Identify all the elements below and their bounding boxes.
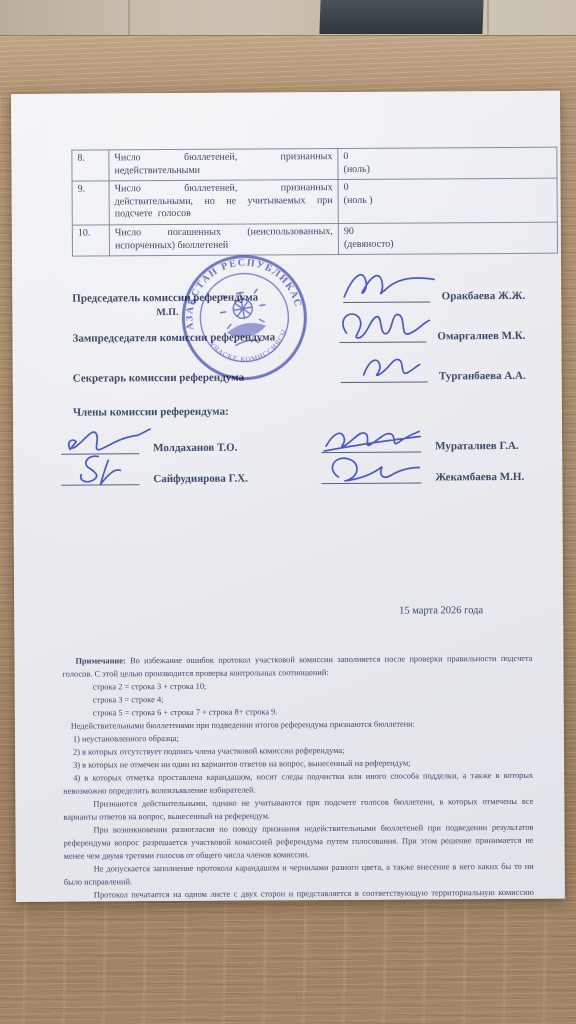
row-value-cell: 0 (ноль) bbox=[338, 147, 557, 180]
row-number-cell: 10. bbox=[72, 225, 109, 256]
note-intro: Примечание: Во избежание ошибок протокол… bbox=[62, 652, 532, 681]
member-name: Сайфудиярова Г.Х. bbox=[153, 473, 248, 486]
note-paragraph: Признаются действительными, однако не уч… bbox=[63, 795, 533, 824]
table-row: 9. Число бюллетеней, признанных действит… bbox=[72, 178, 557, 225]
members-heading: Члены комиссии референдума: bbox=[73, 404, 526, 419]
signature-line bbox=[321, 461, 421, 485]
official-name: Турганбаева А.А. bbox=[439, 370, 526, 383]
signature-icon bbox=[335, 267, 441, 308]
member-item: Сайфудиярова Г.Х. bbox=[73, 462, 325, 486]
role-label: Зампредседателя комиссии референдума bbox=[72, 331, 339, 345]
official-row-secretary: Секретарь комиссии референдума Турганбае… bbox=[73, 364, 526, 385]
officials-section: ҚАЗАҚСТАН РЕСПУБЛИКАСЫ УЧАСКЕ КОМИССИЯСЫ bbox=[72, 284, 526, 385]
note-label: Примечание: bbox=[75, 656, 125, 665]
stamp-place-label: М.П. bbox=[156, 307, 178, 318]
results-table: 8. Число бюллетеней, признанных недейств… bbox=[71, 147, 558, 257]
document-content: 8. Число бюллетеней, признанных недейств… bbox=[11, 91, 565, 902]
note-paragraph: При возникновении разногласия по поводу … bbox=[63, 821, 533, 863]
official-row-deputy: Зампредседателя комиссии референдума Ома… bbox=[72, 324, 525, 345]
note-intro-text: Во избежание ошибок протокол участковой … bbox=[63, 654, 533, 679]
signature-line bbox=[340, 324, 427, 344]
value-number: 90 bbox=[344, 225, 552, 239]
document-date: 15 марта 2026 года bbox=[74, 605, 527, 619]
table-row: 10. Число погашенных (неиспользованных, … bbox=[72, 222, 557, 256]
signature-icon bbox=[333, 347, 439, 388]
tile-grout-line bbox=[128, 0, 130, 35]
signature-line bbox=[343, 284, 431, 304]
signature-line bbox=[341, 364, 428, 384]
value-words: (девяносто) bbox=[344, 237, 552, 251]
note-paragraph: Протокол печатается на одном листе с дву… bbox=[64, 886, 534, 902]
signature-icon bbox=[332, 307, 438, 348]
members-section: Члены комиссии референдума: Молдаханов Т… bbox=[73, 404, 526, 486]
floor-tiles bbox=[0, 0, 576, 35]
row-number-cell: 9. bbox=[72, 181, 109, 225]
tile-grout-line bbox=[487, 0, 489, 35]
official-name: Оракбаева Ж.Ж. bbox=[442, 290, 526, 303]
row-value-cell: 90 (девяносто) bbox=[338, 222, 557, 255]
note-list-item: 4) в которых отметка проставлена каранда… bbox=[63, 769, 533, 798]
row-label-cell: Число погашенных (неиспользованных, испо… bbox=[109, 223, 338, 256]
members-grid: Молдаханов Т.О. Мураталиев Г.А. bbox=[73, 430, 526, 486]
dark-object bbox=[319, 0, 483, 34]
member-item: Жекамбаева М.Н. bbox=[325, 461, 526, 484]
member-name: Жекамбаева М.Н. bbox=[435, 471, 524, 484]
role-label: Секретарь комиссии референдума bbox=[73, 371, 342, 385]
value-words: (ноль) bbox=[343, 162, 551, 176]
value-number: 0 bbox=[344, 181, 552, 195]
role-label: Председатель комиссии референдума bbox=[72, 291, 343, 305]
official-row-chairman: Председатель комиссии референдума Оракба… bbox=[72, 284, 525, 305]
official-name: Омаргалиев М.К. bbox=[437, 330, 525, 343]
signature-line bbox=[61, 462, 139, 485]
document-paper: 8. Число бюллетеней, признанных недейств… bbox=[11, 91, 565, 902]
table-row: 8. Число бюллетеней, признанных недейств… bbox=[72, 147, 557, 181]
member-item: Молдаханов Т.О. bbox=[73, 431, 325, 455]
signature-line bbox=[61, 431, 139, 454]
member-name: Мураталиев Г.А. bbox=[435, 440, 519, 453]
row-number-cell: 8. bbox=[72, 150, 109, 181]
signature-line bbox=[321, 430, 421, 454]
row-label-cell: Число бюллетеней, признанных недействите… bbox=[109, 149, 338, 182]
value-words: (ноль ) bbox=[344, 193, 552, 207]
signature-icon bbox=[57, 452, 167, 489]
note-paragraph: Не допускается заполнение протокола кара… bbox=[64, 860, 534, 889]
row-label-cell: Число бюллетеней, признанных действитель… bbox=[109, 180, 338, 225]
row-value-cell: 0 (ноль ) bbox=[338, 178, 557, 223]
note-section: Примечание: Во избежание ошибок протокол… bbox=[62, 652, 534, 902]
signature-icon bbox=[317, 451, 427, 488]
wood-table-edge bbox=[0, 35, 576, 96]
